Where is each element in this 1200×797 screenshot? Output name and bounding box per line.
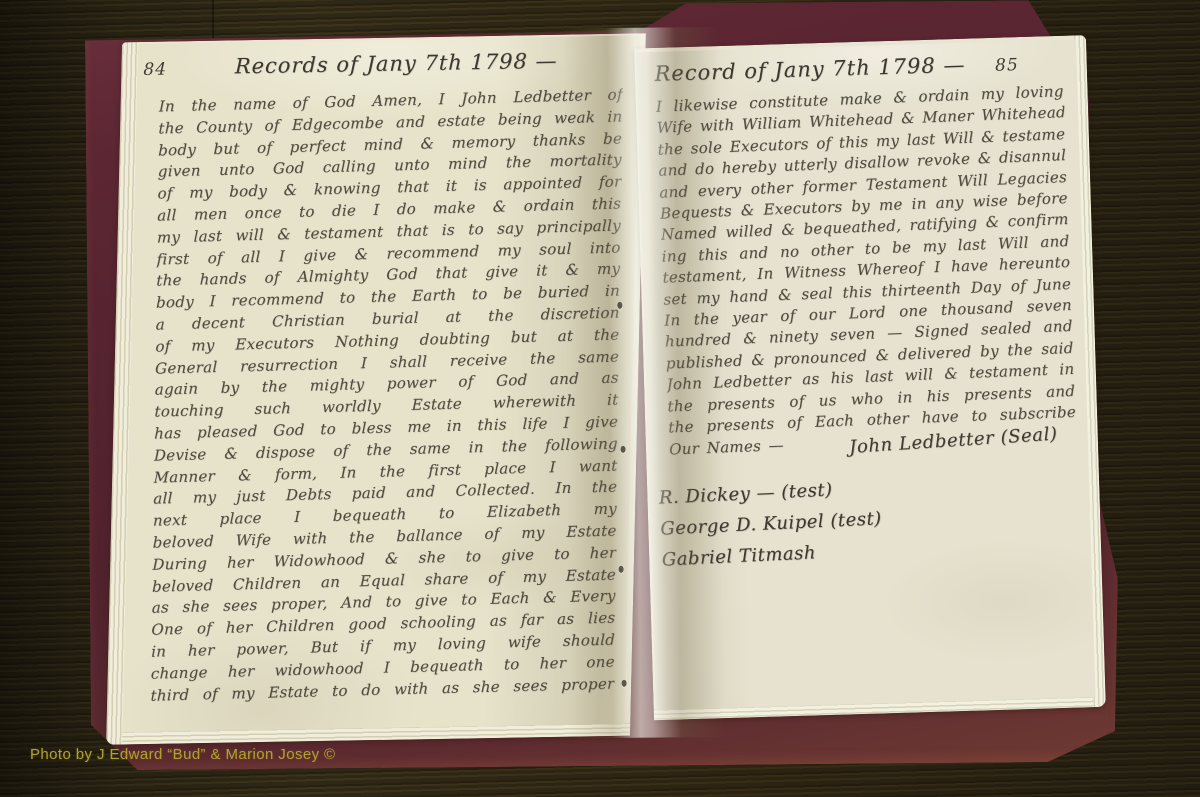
left-page-stack: 84 Records of Jany 7th 1798 — In the nam…: [106, 33, 646, 745]
stitch-hole: [622, 680, 627, 687]
stitch-hole: [621, 446, 626, 453]
left-page: 84 Records of Jany 7th 1798 — In the nam…: [122, 35, 640, 732]
stitch-hole: [619, 566, 624, 573]
open-record-book: 84 Records of Jany 7th 1798 — In the nam…: [85, 0, 1120, 770]
left-page-number: 84: [143, 57, 167, 83]
right-page-body: I likewise constitute make & ordain my l…: [637, 73, 1091, 462]
photo-of-record-book: 84 Records of Jany 7th 1798 — In the nam…: [0, 0, 1200, 797]
right-page-stack: Record of Jany 7th 1798 — 85 I likewise …: [634, 35, 1106, 720]
right-page: Record of Jany 7th 1798 — 85 I likewise …: [636, 39, 1095, 710]
left-page-body: In the name of God Amen, I John Ledbette…: [128, 70, 639, 708]
photographer-watermark: Photo by J Edward “Bud” & Marion Josey ©: [30, 745, 336, 765]
stitch-hole: [617, 302, 622, 309]
witness-signatures: R. Dickey — (test)George D. Kuipel (test…: [648, 462, 1092, 576]
